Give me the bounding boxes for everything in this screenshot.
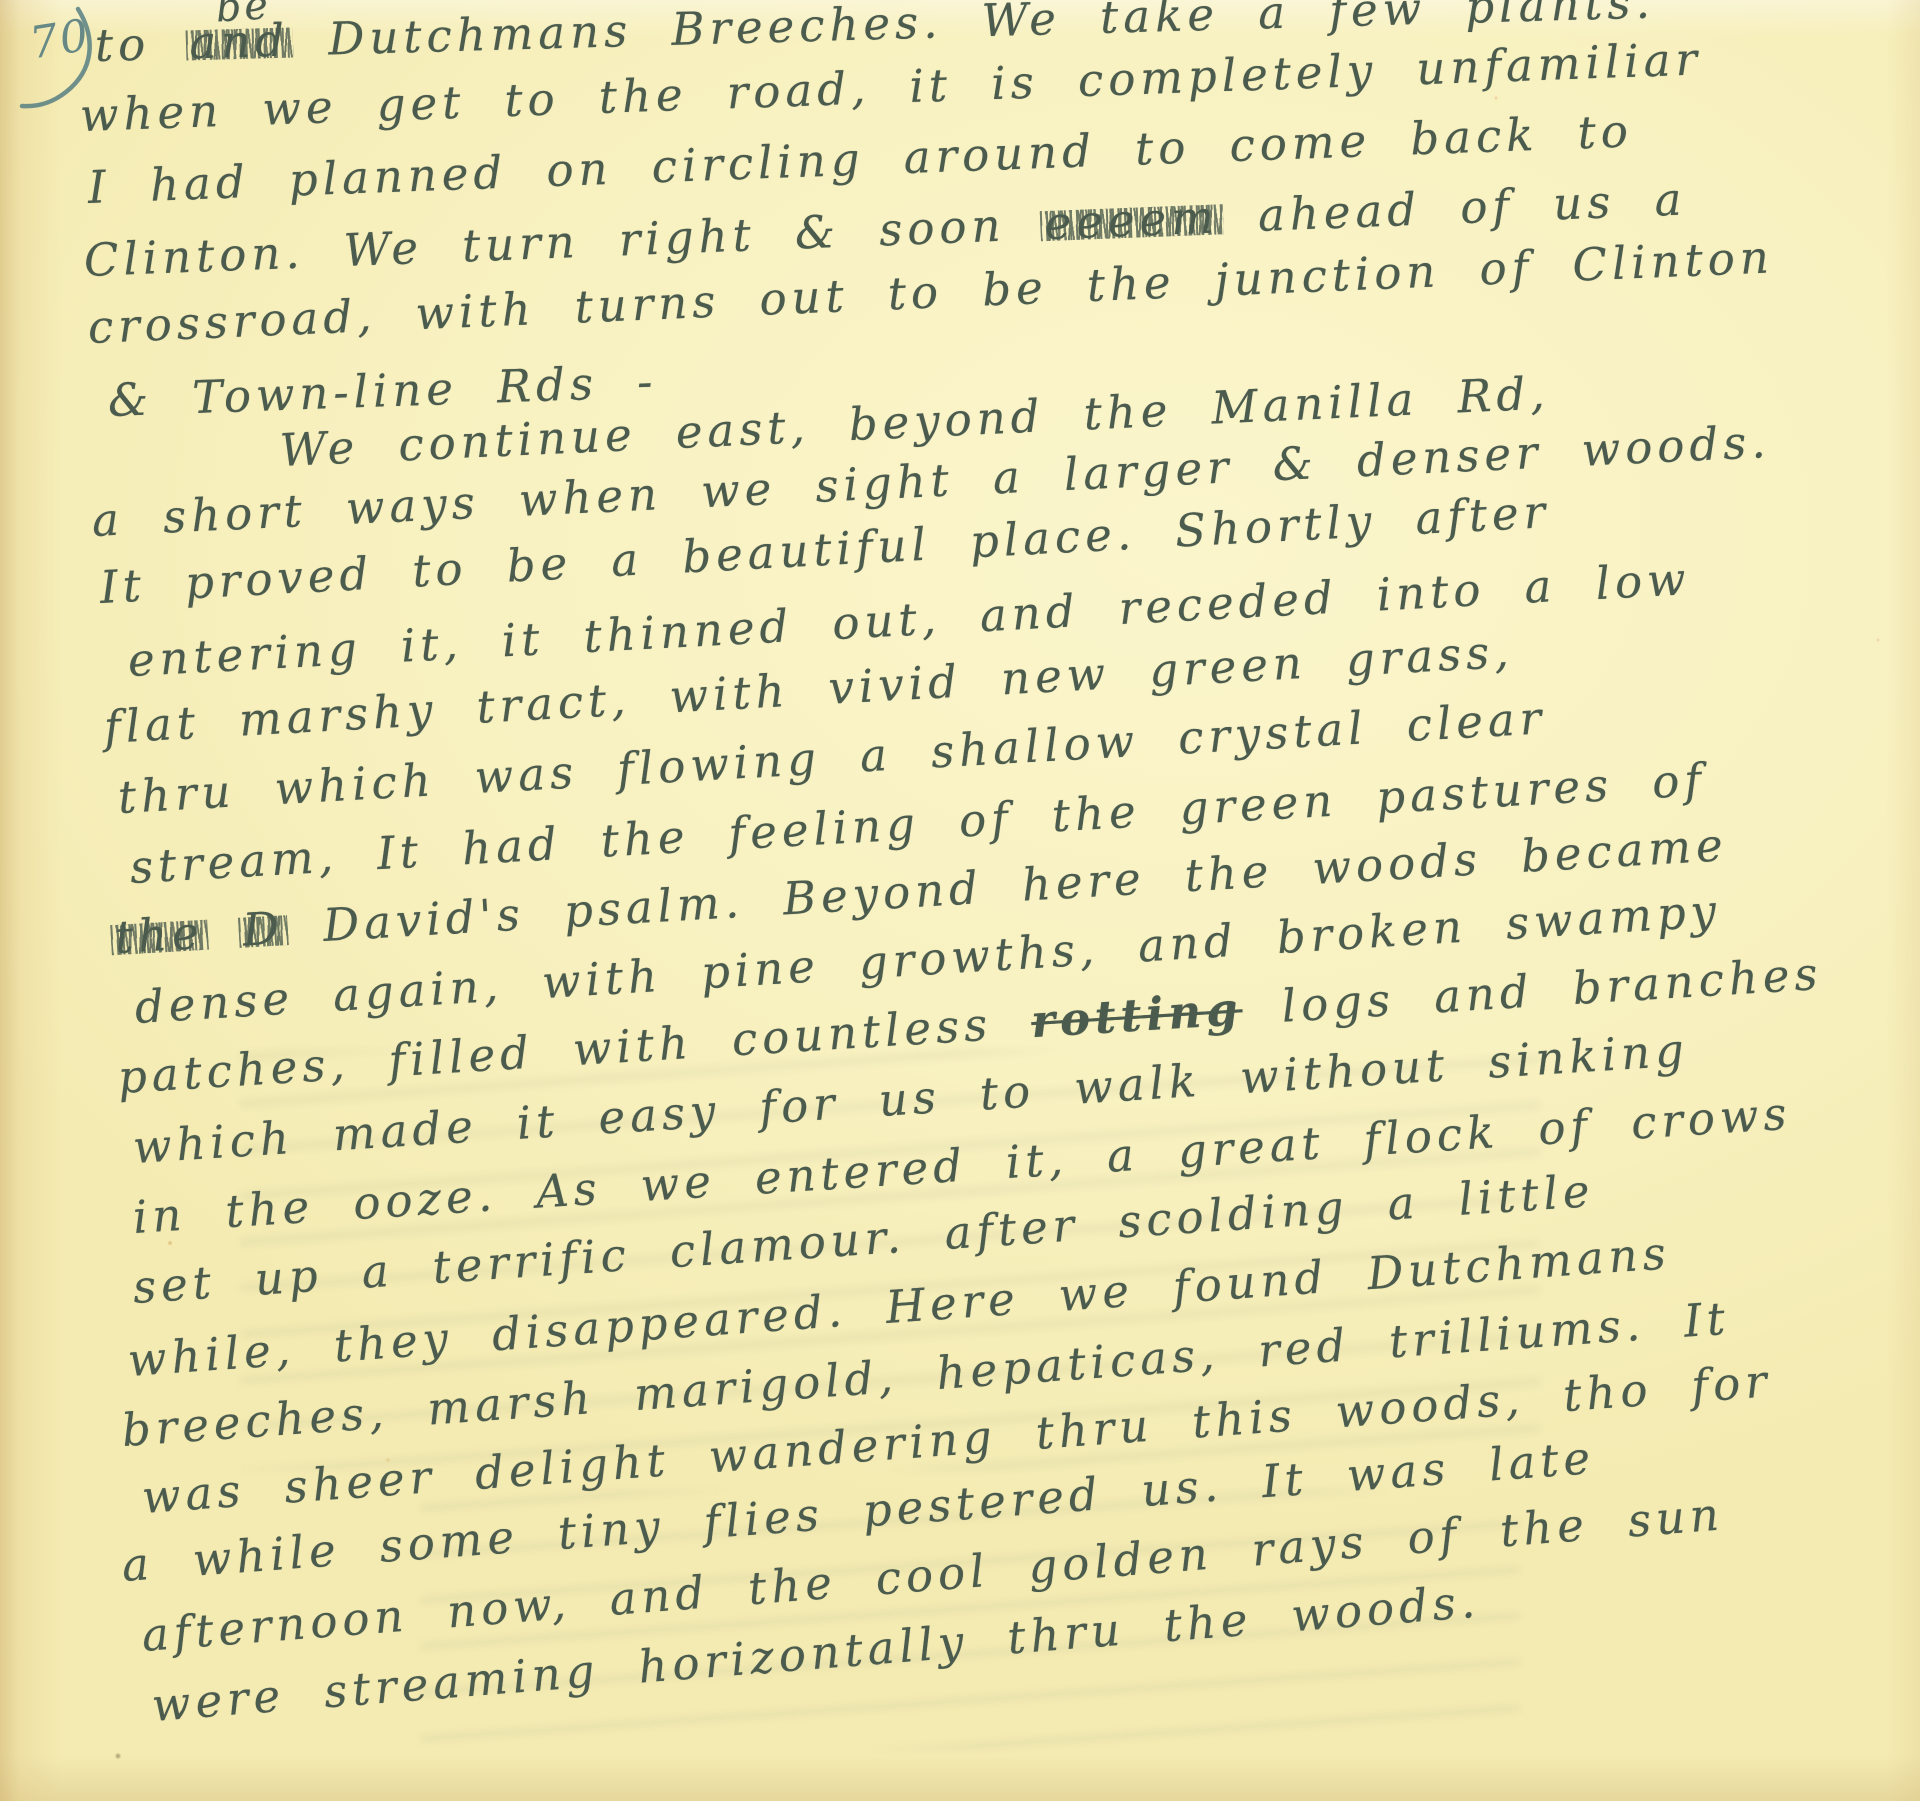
page-number-text: 70 (26, 10, 93, 70)
inserted-word-above: be (215, 0, 273, 32)
scribbled-out-word: the (114, 907, 206, 964)
journal-page: 70 to andbe Dutchmans Breeches. We take … (0, 0, 1920, 1801)
journal-text: to andbe Dutchmans Breeches. We take a f… (0, 0, 1920, 1801)
scribbled-out-word: D (241, 902, 285, 956)
handwritten-word: logs and branches (1280, 948, 1824, 1033)
page-number: 70 (14, 6, 124, 126)
overwritten-word: rotting (1030, 983, 1244, 1048)
handwritten-word: ahead of us a (1257, 173, 1687, 241)
scribbled-out-word: eeeem (1044, 191, 1220, 249)
scribbled-out-word: andbe (189, 15, 290, 70)
